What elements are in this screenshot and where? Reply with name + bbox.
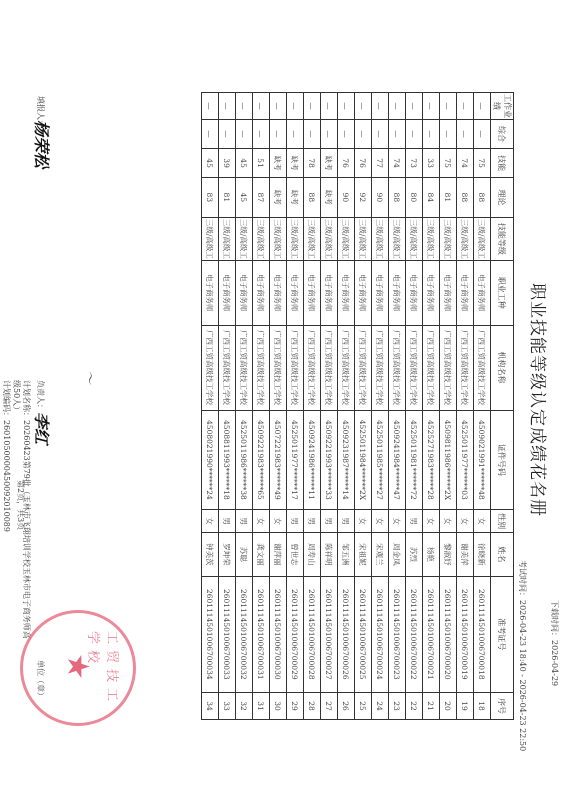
cell-work: —	[321, 93, 338, 120]
cell-comprehensive: —	[253, 119, 270, 148]
cell-occupation: 电子商务师	[202, 261, 219, 325]
cell-cert-no: 2601114501006700030	[270, 576, 287, 692]
cell-seq: 26	[338, 692, 355, 719]
cell-skill: 51	[253, 149, 270, 178]
cell-gender: 男	[219, 510, 236, 533]
cell-org: 广西工贸高级技工学校	[219, 325, 236, 410]
cell-work: —	[304, 93, 321, 120]
header-occupation: 职业工种	[491, 261, 514, 325]
cell-gender: 男	[321, 510, 338, 533]
cell-skill: 75	[440, 149, 457, 178]
cell-skill: 缺考	[321, 149, 338, 178]
table-row: ——4583三级/高级工电子商务师广西工贸高级技工学校4508021990***…	[202, 93, 219, 720]
cell-theory: 88	[474, 178, 491, 217]
header-name: 姓名	[491, 533, 514, 577]
cell-gender: 男	[406, 510, 423, 533]
cell-occupation: 电子商务师	[474, 261, 491, 325]
cell-level: 三级/高级工	[219, 217, 236, 261]
cell-level: 三级/高级工	[389, 217, 406, 261]
header-gender: 性别	[491, 510, 514, 533]
roster-page: 职业技能等级认定成绩花名册 下载时间：2026-04-29 考试时间：2026-…	[0, 0, 566, 800]
cell-seq: 30	[270, 692, 287, 719]
cell-comprehensive: —	[338, 119, 355, 148]
cell-skill: 75	[474, 149, 491, 178]
cell-org: 广西工贸高级技工学校	[304, 325, 321, 410]
cell-org: 广西工贸高级技工学校	[321, 325, 338, 410]
cell-seq: 22	[406, 692, 423, 719]
cell-level: 三级/高级工	[338, 217, 355, 261]
cell-work: —	[338, 93, 355, 120]
cell-org: 广西工贸高级技工学校	[270, 325, 287, 410]
cell-comprehensive: —	[389, 119, 406, 148]
cell-level: 三级/高级工	[304, 217, 321, 261]
cell-seq: 27	[321, 692, 338, 719]
page-info: 第2页，共3页	[15, 480, 26, 530]
cell-work: —	[236, 93, 253, 120]
cell-name: 邹五洲	[338, 533, 355, 577]
cell-id-no: 4508021990******24	[202, 410, 219, 510]
cell-comprehensive: —	[202, 119, 219, 148]
cell-id-no: 4525011985******27	[372, 410, 389, 510]
cell-name: 黎淑妤	[440, 533, 457, 577]
cell-occupation: 电子商务师	[355, 261, 372, 325]
header-skill: 技能	[491, 149, 514, 178]
cell-gender: 女	[253, 510, 270, 533]
cell-theory: 88	[304, 178, 321, 217]
header-comprehensive: 综合	[491, 119, 514, 148]
table-row: ——4545三级/高级工电子商务师广西工贸高级技工学校4525011986***…	[236, 93, 253, 720]
table-row: ——7690三级/高级工电子商务师广西工贸高级技工学校4509231987***…	[338, 93, 355, 720]
cell-skill: 45	[236, 149, 253, 178]
cell-skill: 77	[372, 149, 389, 178]
table-row: ——缺考缺考三级/高级工电子商务师广西工贸高级技工学校4507221983***…	[270, 93, 287, 720]
cell-level: 三级/高级工	[253, 217, 270, 261]
cell-occupation: 电子商务师	[372, 261, 389, 325]
cell-gender: 女	[474, 510, 491, 533]
cell-id-no: 4509231987******14	[338, 410, 355, 510]
table-row: ——7790三级/高级工电子商务师广西工贸高级技工学校4525011985***…	[372, 93, 389, 720]
cell-cert-no: 2601114501006700023	[389, 576, 406, 692]
cell-work: —	[202, 93, 219, 120]
filler-signature: 杨荣松	[31, 120, 54, 168]
cell-work: —	[474, 93, 491, 120]
cell-comprehensive: —	[440, 119, 457, 148]
cell-skill: 76	[338, 149, 355, 178]
header-cert-no: 准考证号	[491, 576, 514, 692]
cell-id-no: 4525011984******2X	[355, 410, 372, 510]
cell-id-no: 4507221983******49	[270, 410, 287, 510]
cell-level: 三级/高级工	[457, 217, 474, 261]
official-stamp: 工贸技工学校 ★	[20, 610, 136, 726]
cell-theory: 缺考	[270, 178, 287, 217]
cell-name: 宋祖妮	[355, 533, 372, 577]
cell-cert-no: 2601114501006700029	[287, 576, 304, 692]
cell-work: —	[423, 93, 440, 120]
table-row: ——7488三级/高级工电子商务师广西工贸高级技工学校4525011977***…	[457, 93, 474, 720]
cell-theory: 90	[338, 178, 355, 217]
header-seq: 序号	[491, 692, 514, 719]
cell-comprehensive: —	[321, 119, 338, 148]
cell-level: 三级/高级工	[236, 217, 253, 261]
cell-comprehensive: —	[406, 119, 423, 148]
cell-seq: 28	[304, 692, 321, 719]
cell-work: —	[355, 93, 372, 120]
cell-id-no: 4509241986******11	[304, 410, 321, 510]
cell-work: —	[219, 93, 236, 120]
cell-gender: 女	[423, 510, 440, 533]
cell-id-no: 4525011981******72	[406, 410, 423, 510]
cell-seq: 32	[236, 692, 253, 719]
roster-table: 工作业绩 综合 技能 理论 技能等级 职业工种 机构名称 证件号码 性别 姓名 …	[201, 92, 514, 720]
cell-occupation: 电子商务师	[270, 261, 287, 325]
cell-occupation: 电子商务师	[287, 261, 304, 325]
cell-name: 苏烈	[406, 533, 423, 577]
cell-work: —	[389, 93, 406, 120]
cell-level: 三级/高级工	[406, 217, 423, 261]
header-work-performance: 工作业绩	[491, 93, 514, 120]
cell-skill: 缺考	[270, 149, 287, 178]
cell-comprehensive: —	[304, 119, 321, 148]
cell-seq: 33	[219, 692, 236, 719]
cell-org: 广西工贸高级技工学校	[287, 325, 304, 410]
cell-id-no: 4525011977******17	[287, 410, 304, 510]
cell-theory: 90	[372, 178, 389, 217]
cell-cert-no: 2601114501006700025	[355, 576, 372, 692]
cell-occupation: 电子商务师	[457, 261, 474, 325]
cell-gender: 女	[270, 510, 287, 533]
table-row: ——7380三级/高级工电子商务师广西工贸高级技工学校4525011981***…	[406, 93, 423, 720]
cell-gender: 女	[389, 510, 406, 533]
cell-level: 三级/高级工	[287, 217, 304, 261]
cell-org: 广西工贸高级技工学校	[406, 325, 423, 410]
cell-work: —	[457, 93, 474, 120]
header-level: 技能等级	[491, 217, 514, 261]
cell-org: 广西工贸高级技工学校	[338, 325, 355, 410]
cell-gender: 女	[440, 510, 457, 533]
exam-time: 考试时间：2026-04-23 18:40 - 2026-04-23 22:50	[517, 560, 528, 751]
cell-cert-no: 2601114501006700026	[338, 576, 355, 692]
cell-seq: 19	[457, 692, 474, 719]
cell-cert-no: 2601114501006700033	[219, 576, 236, 692]
cell-seq: 31	[253, 692, 270, 719]
cell-name: 周寿山	[304, 533, 321, 577]
cell-skill: 74	[457, 149, 474, 178]
cell-gender: 男	[236, 510, 253, 533]
cell-cert-no: 2601114501006700034	[202, 576, 219, 692]
cell-work: —	[440, 93, 457, 120]
cell-seq: 23	[389, 692, 406, 719]
table-row: ——7888三级/高级工电子商务师广西工贸高级技工学校4509241986***…	[304, 93, 321, 720]
cell-id-no: 4509221983******65	[253, 410, 270, 510]
cell-work: —	[372, 93, 389, 120]
cell-occupation: 电子商务师	[406, 261, 423, 325]
cell-seq: 25	[355, 692, 372, 719]
cell-level: 三级/高级工	[423, 217, 440, 261]
cell-occupation: 电子商务师	[321, 261, 338, 325]
cell-occupation: 电子商务师	[219, 261, 236, 325]
star-icon: ★	[60, 653, 95, 680]
cell-gender: 女	[457, 510, 474, 533]
cell-occupation: 电子商务师	[440, 261, 457, 325]
cell-gender: 男	[304, 510, 321, 533]
cell-skill: 78	[304, 149, 321, 178]
cell-comprehensive: —	[457, 119, 474, 148]
cell-occupation: 电子商务师	[253, 261, 270, 325]
cell-id-no: 4525011986******38	[236, 410, 253, 510]
cell-theory: 81	[219, 178, 236, 217]
cell-skill: 缺考	[287, 149, 304, 178]
cell-id-no: 4525271983******28	[423, 410, 440, 510]
table-row: ——3384三级/高级工电子商务师广西工贸高级技工学校4525271983***…	[423, 93, 440, 720]
cell-skill: 45	[202, 149, 219, 178]
cell-org: 广西工贸高级技工学校	[355, 325, 372, 410]
cell-skill: 33	[423, 149, 440, 178]
cell-comprehensive: —	[355, 119, 372, 148]
cell-id-no: 4509811986******2X	[440, 410, 457, 510]
cell-id-no: 4509221993******33	[321, 410, 338, 510]
header-org: 机构名称	[491, 325, 514, 410]
cell-comprehensive: —	[372, 119, 389, 148]
cell-cert-no: 2601114501006700020	[440, 576, 457, 692]
cell-theory: 88	[389, 178, 406, 217]
cell-theory: 83	[202, 178, 219, 217]
cell-seq: 24	[372, 692, 389, 719]
cell-theory: 81	[440, 178, 457, 217]
cell-level: 三级/高级工	[372, 217, 389, 261]
handwritten-mark: 〜	[80, 370, 100, 384]
cell-org: 广西工贸高级技工学校	[474, 325, 491, 410]
cell-comprehensive: —	[474, 119, 491, 148]
cell-theory: 缺考	[321, 178, 338, 217]
cell-cert-no: 2601114501006700019	[457, 576, 474, 692]
cell-id-no: 4508811993******18	[219, 410, 236, 510]
cell-cert-no: 2601114501006700027	[321, 576, 338, 692]
table-row: ——7588三级/高级工电子商务师广西工贸高级技工学校4509021991***…	[474, 93, 491, 720]
cell-level: 三级/高级工	[355, 217, 372, 261]
cell-gender: 男	[287, 510, 304, 533]
cell-name: 杨艳	[423, 533, 440, 577]
cell-name: 宋观兰	[372, 533, 389, 577]
table-row: ——3981三级/高级工电子商务师广西工贸高级技工学校4508811993***…	[219, 93, 236, 720]
plan-code: 计划编码：2601050000450092010089	[1, 380, 12, 532]
table-row: ——7581三级/高级工电子商务师广西工贸高级技工学校4509811986***…	[440, 93, 457, 720]
cell-cert-no: 2601114501006700018	[474, 576, 491, 692]
cell-occupation: 电子商务师	[304, 261, 321, 325]
cell-name: 徐晓新	[474, 533, 491, 577]
header-id-no: 证件号码	[491, 410, 514, 510]
cell-id-no: 4509241984******47	[389, 410, 406, 510]
cell-occupation: 电子商务师	[389, 261, 406, 325]
cell-theory: 45	[236, 178, 253, 217]
cell-work: —	[406, 93, 423, 120]
cell-org: 广西工贸高级技工学校	[202, 325, 219, 410]
cell-id-no: 4525011977******03	[457, 410, 474, 510]
cell-level: 三级/高级工	[202, 217, 219, 261]
cell-cert-no: 2601114501006700031	[253, 576, 270, 692]
table-row: ——7488三级/高级工电子商务师广西工贸高级技工学校4509241984***…	[389, 93, 406, 720]
cell-org: 广西工贸高级技工学校	[236, 325, 253, 410]
cell-occupation: 电子商务师	[423, 261, 440, 325]
cell-skill: 76	[355, 149, 372, 178]
cell-skill: 73	[406, 149, 423, 178]
cell-gender: 女	[202, 510, 219, 533]
cell-comprehensive: —	[219, 119, 236, 148]
cell-org: 广西工贸高级技工学校	[457, 325, 474, 410]
cell-comprehensive: —	[270, 119, 287, 148]
cell-level: 三级/高级工	[474, 217, 491, 261]
cell-name: 周金凤	[389, 533, 406, 577]
cell-cert-no: 2601114501006700024	[372, 576, 389, 692]
cell-theory: 84	[423, 178, 440, 217]
cell-comprehensive: —	[423, 119, 440, 148]
cell-name: 苏聪	[236, 533, 253, 577]
cell-theory: 87	[253, 178, 270, 217]
cell-occupation: 电子商务师	[338, 261, 355, 325]
cell-comprehensive: —	[236, 119, 253, 148]
cell-work: —	[270, 93, 287, 120]
cell-org: 广西工贸高级技工学校	[372, 325, 389, 410]
cell-cert-no: 2601114501006700021	[423, 576, 440, 692]
cell-level: 三级/高级工	[321, 217, 338, 261]
table-row: ——5187三级/高级工电子商务师广西工贸高级技工学校4509221983***…	[253, 93, 270, 720]
cell-occupation: 电子商务师	[236, 261, 253, 325]
cell-name: 曾世志	[287, 533, 304, 577]
cell-comprehensive: —	[287, 119, 304, 148]
cell-theory: 80	[406, 178, 423, 217]
cell-theory: 88	[457, 178, 474, 217]
cell-name: 陈祥明	[321, 533, 338, 577]
download-time: 下载时间：2026-04-29	[549, 600, 560, 686]
cell-name: 钟美茨	[202, 533, 219, 577]
cell-gender: 男	[338, 510, 355, 533]
cell-skill: 74	[389, 149, 406, 178]
cell-name: 龚文丽	[253, 533, 270, 577]
cell-seq: 34	[202, 692, 219, 719]
cell-seq: 18	[474, 692, 491, 719]
cell-seq: 20	[440, 692, 457, 719]
plan-name-cont: 级50人）	[11, 380, 22, 414]
cell-theory: 92	[355, 178, 372, 217]
cell-id-no: 4509021991******48	[474, 410, 491, 510]
cell-org: 广西工贸高级技工学校	[389, 325, 406, 410]
cell-org: 广西工贸高级技工学校	[253, 325, 270, 410]
cell-cert-no: 2601114501006700022	[406, 576, 423, 692]
cell-work: —	[253, 93, 270, 120]
cell-org: 广西工贸高级技工学校	[423, 325, 440, 410]
cell-level: 三级/高级工	[270, 217, 287, 261]
table-row: ——7692三级/高级工电子商务师广西工贸高级技工学校4525011984***…	[355, 93, 372, 720]
cell-gender: 女	[355, 510, 372, 533]
cell-cert-no: 2601114501006700028	[304, 576, 321, 692]
cell-theory: 缺考	[287, 178, 304, 217]
table-row: ——缺考缺考三级/高级工电子商务师广西工贸高级技工学校4509221993***…	[321, 93, 338, 720]
cell-cert-no: 2601114501006700032	[236, 576, 253, 692]
cell-seq: 21	[423, 692, 440, 719]
responsible-signature: 李红	[31, 412, 54, 444]
responsible-label: 负责人：	[35, 380, 46, 412]
cell-name: 谢萍丽	[270, 533, 287, 577]
cell-gender: 女	[372, 510, 389, 533]
cell-seq: 29	[287, 692, 304, 719]
header-theory: 理论	[491, 178, 514, 217]
cell-name: 罗坤荣	[219, 533, 236, 577]
cell-name: 谢美萍	[457, 533, 474, 577]
cell-level: 三级/高级工	[440, 217, 457, 261]
cell-work: —	[287, 93, 304, 120]
table-row: ——缺考缺考三级/高级工电子商务师广西工贸高级技工学校4525011977***…	[287, 93, 304, 720]
cell-skill: 39	[219, 149, 236, 178]
cell-org: 广西工贸高级技工学校	[440, 325, 457, 410]
